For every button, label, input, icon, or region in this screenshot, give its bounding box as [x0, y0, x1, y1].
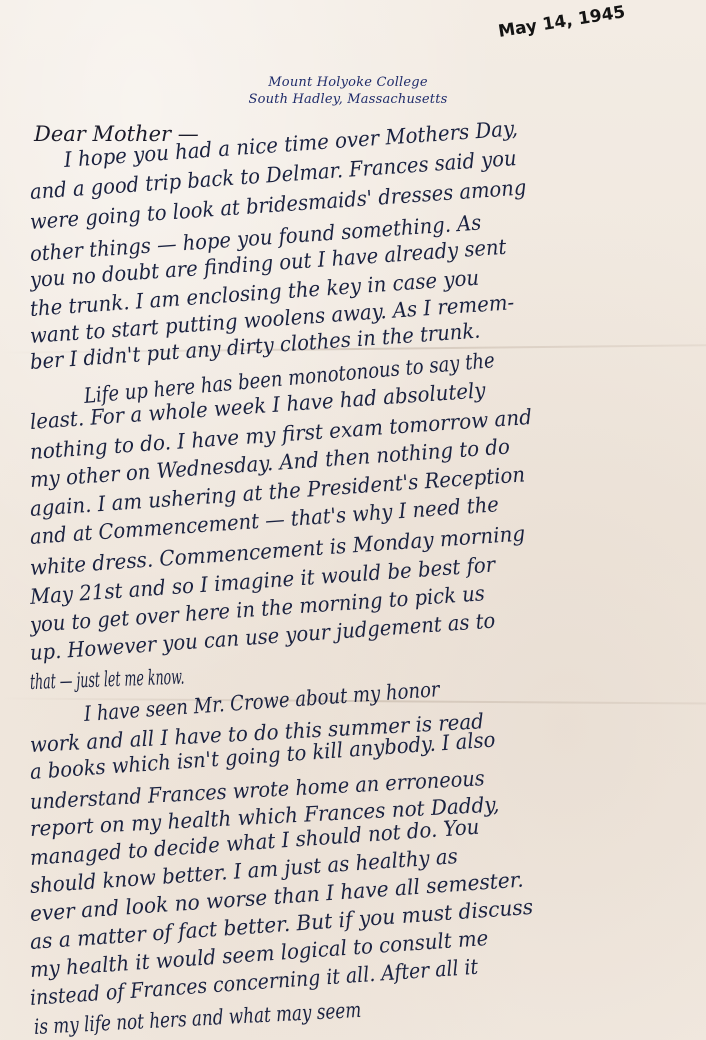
letterhead: Mount Holyoke College South Hadley, Mass…	[238, 74, 458, 108]
letterhead-college: Mount Holyoke College	[238, 74, 458, 91]
letterhead-address: South Hadley, Massachusetts	[238, 91, 458, 108]
letter-page: May 14, 1945 Mount Holyoke College South…	[0, 0, 706, 1040]
